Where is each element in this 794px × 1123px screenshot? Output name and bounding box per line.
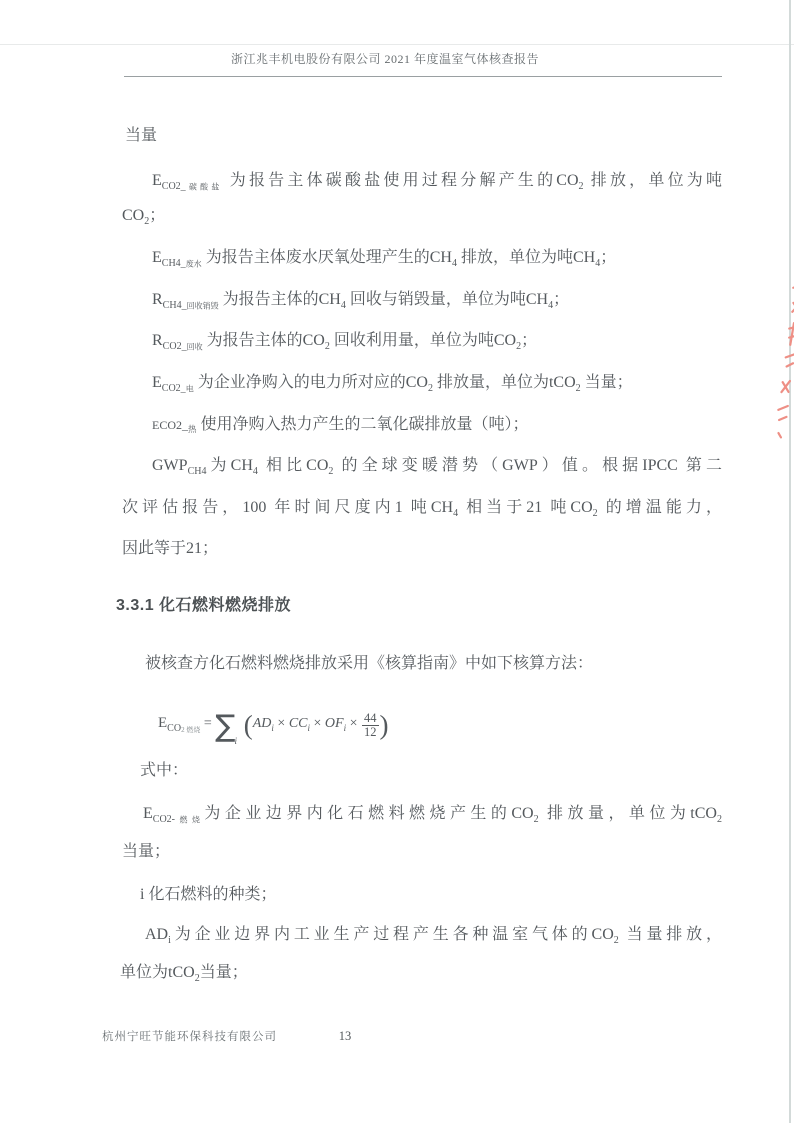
para-shizhong: 式中： [140,760,188,781]
header-title: 浙江兆丰机电股份有限公司 2021 年度温室气体核查报告 [70,50,700,67]
formula-fossil-fuel: ECO2 燃烧 = ∑i (ADi × CCi × OFi × 4412) [158,697,389,749]
scan-right-edge-line [789,0,791,1123]
footer-company: 杭州宁旺节能环保科技有限公司 [102,1028,277,1044]
para-dangliang: 当量 [125,125,157,146]
def-eco2-carbonate-line1: ECO2_碳酸盐 为报告主体碳酸盐使用过程分解产生的CO2 排放，单位为吨 [152,170,722,198]
def-eco2-heat: ECO2_热 使用净购入热力产生的二氧化碳排放量（吨）； [152,414,529,435]
def-i-fuel-type: i 化石燃料的种类； [140,884,276,905]
def-adi-line1: ADi为企业边界内工业生产过程产生各种温室气体的CO2 当量排放， [145,924,722,951]
def-adi-line2: 单位为tCO2当量； [120,962,248,983]
def-eco2-electricity: ECO2_电 为企业净购入的电力所对应的CO2 排放量，单位为tCO2 当量； [152,372,633,393]
para-gwp-line1: GWPCH4为CH4 相比CO2 的全球变暖潜势（GWP）值。根据IPCC 第二 [152,455,722,482]
def-rco2-recovery: RCO2_回收 为报告主体的CO2 回收利用量，单位为吨CO2； [152,330,537,351]
para-gwp-line3: 因此等于21； [122,538,218,559]
def-eco2-combustion-line2: 当量； [122,841,170,862]
def-eco2-combustion-line1: ECO2-燃烧为企业边界内化石燃料燃烧产生的CO2 排放量，单位为tCO2 [143,803,722,831]
def-ech4-wastewater: ECH4_废水 为报告主体废水厌氧处理产生的CH4 排放，单位为吨CH4； [152,247,616,268]
section-heading-331: 3.3.1 化石燃料燃烧排放 [116,595,291,616]
footer-page-number: 13 [330,1029,360,1044]
para-gwp-line2: 次评估报告，100 年时间尺度内1 吨CH4 相当于21 吨CO2 的增温能力， [122,497,722,524]
document-page: 浙江兆丰机电股份有限公司 2021 年度温室气体核查报告 当量ECO2_碳酸盐 … [0,0,794,1123]
red-stamp-fragment [772,260,794,450]
header-rule [124,76,722,77]
def-eco2-carbonate-line2: CO2； [122,205,165,226]
scan-top-edge-line [0,44,794,45]
def-rch4-recovery: RCH4_回收销毁 为报告主体的CH4 回收与销毁量，单位为吨CH4； [152,289,569,310]
para-method-intro: 被核查方化石燃料燃烧排放采用《核算指南》中如下核算方法： [145,653,593,674]
